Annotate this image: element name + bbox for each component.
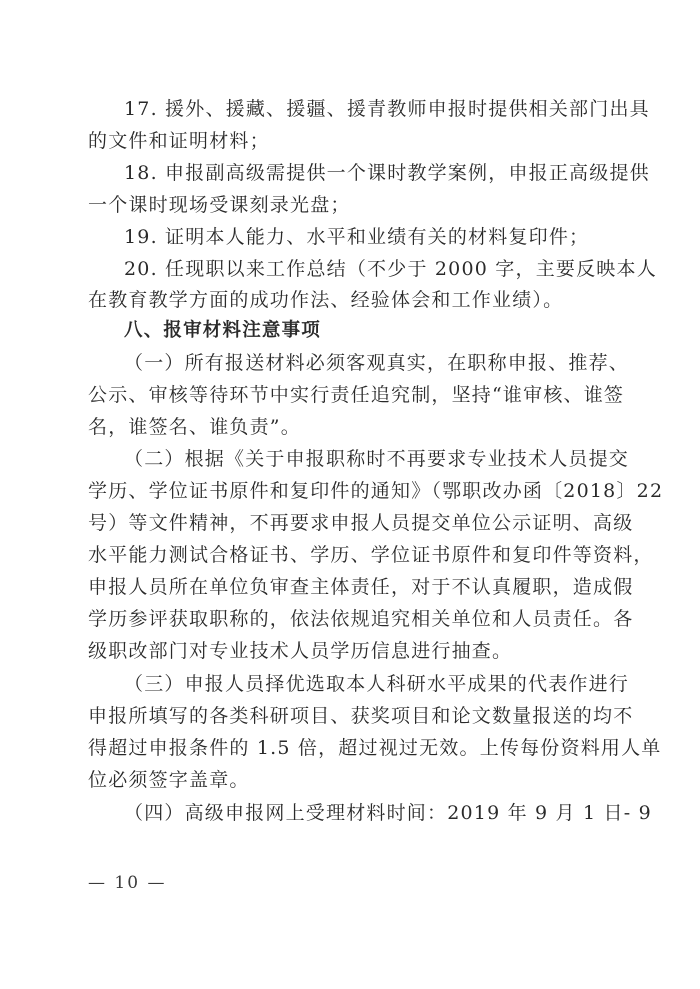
text-line: 18. 申报副高级需提供一个课时教学案例，申报正高级提供 xyxy=(124,158,600,188)
text-line: 级职改部门对专业技术人员学历信息进行抽查。 xyxy=(88,636,600,666)
text-line: 申报所填写的各类科研项目、获奖项目和论文数量报送的均不 xyxy=(88,701,600,731)
text-line: 申报人员所在单位负审查主体责任，对于不认真履职，造成假 xyxy=(88,572,600,602)
text-line: 在教育教学方面的成功作法、经验体会和工作业绩）。 xyxy=(88,285,600,315)
section-heading: 八、报审材料注意事项 xyxy=(124,316,600,346)
text-line: 的文件和证明材料； xyxy=(88,126,600,156)
text-line: （一）所有报送材料必须客观真实，在职称申报、推荐、 xyxy=(124,348,600,378)
text-line: （三）申报人员择优选取本人科研水平成果的代表作进行 xyxy=(124,669,600,699)
text-line: 20. 任现职以来工作总结（不少于 2000 字，主要反映本人 xyxy=(124,254,600,284)
text-line: 水平能力测试合格证书、学历、学位证书原件和复印件等资料， xyxy=(88,540,600,570)
text-line: 17. 援外、援藏、援疆、援青教师申报时提供相关部门出具 xyxy=(124,94,600,124)
text-line: 位必须签字盖章。 xyxy=(88,765,600,795)
text-line: 学历、学位证书原件和复印件的通知》（鄂职改办函〔2018〕22 xyxy=(88,476,600,506)
text-line: 学历参评获取职称的，依法依规追究相关单位和人员责任。各 xyxy=(88,604,600,634)
text-line: 19. 证明本人能力、水平和业绩有关的材料复印件； xyxy=(124,222,600,252)
text-line: （二）根据《关于申报职称时不再要求专业技术人员提交 xyxy=(124,444,600,474)
page-number: — 10 — xyxy=(88,870,166,896)
text-line: 号）等文件精神，不再要求申报人员提交单位公示证明、高级 xyxy=(88,508,600,538)
document-page: 17. 援外、援藏、援疆、援青教师申报时提供相关部门出具的文件和证明材料；18.… xyxy=(0,0,700,989)
text-line: 得超过申报条件的 1.5 倍，超过视过无效。上传每份资料用人单 xyxy=(88,733,600,763)
text-line: （四）高级申报网上受理材料时间：2019 年 9 月 1 日- 9 xyxy=(124,798,600,828)
text-line: 一个课时现场受课刻录光盘； xyxy=(88,190,600,220)
text-line: 公示、审核等待环节中实行责任追究制，坚持“谁审核、谁签 xyxy=(88,380,600,410)
text-line: 名，谁签名、谁负责”。 xyxy=(88,412,600,442)
